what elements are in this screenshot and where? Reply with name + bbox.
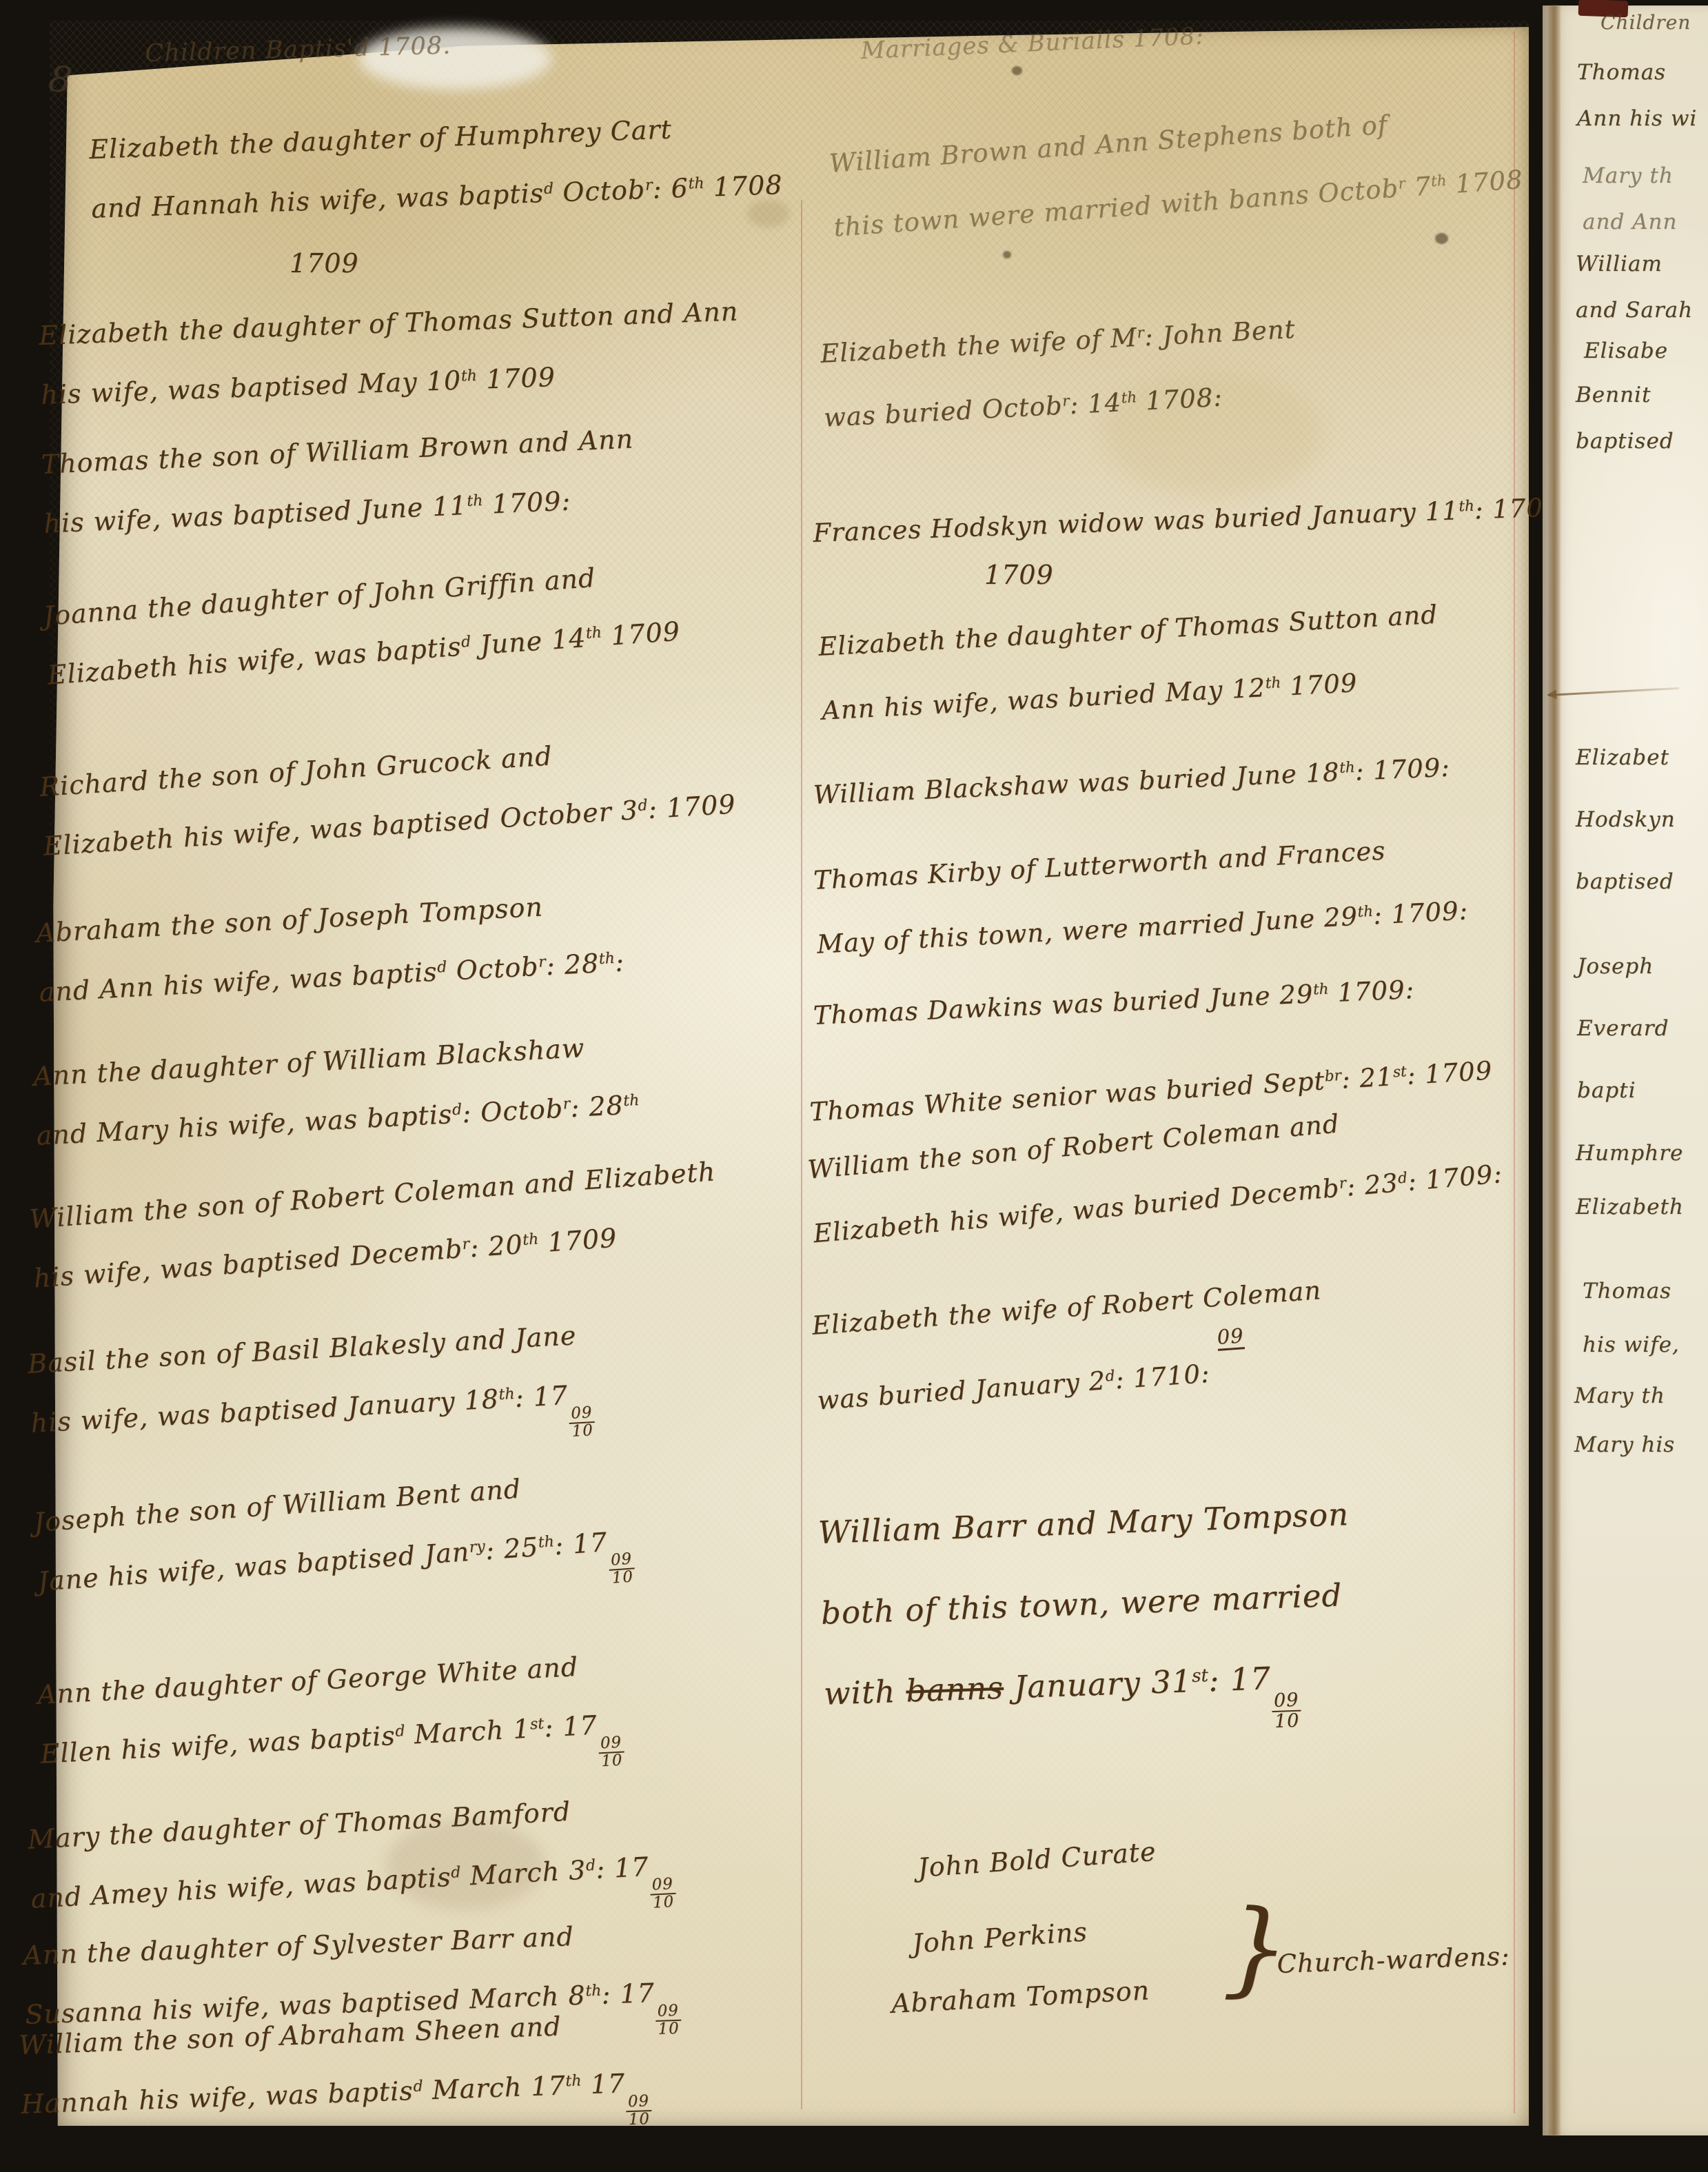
signature-brace: } bbox=[1221, 1887, 1292, 2009]
next-page-entry-fragment: ThomasAnn his wi bbox=[1577, 50, 1697, 141]
next-page-entry-fragment: JosephEverardbapti bbox=[1577, 936, 1669, 1122]
next-page-entry-fragment: ElizabetHodskynbaptised bbox=[1576, 727, 1676, 913]
next-page-entry-fragment: HumphreElizabeth bbox=[1576, 1127, 1684, 1234]
marriage-burial-entry: Elizabeth the wife of Mr: John Bentwas b… bbox=[819, 298, 1301, 450]
next-page-entry-fragment: Bennitbaptised bbox=[1576, 372, 1674, 464]
marriage-burial-entry: William Barr and Mary Tompsonboth of thi… bbox=[817, 1474, 1356, 1747]
page-crease bbox=[1548, 6, 1560, 2135]
year-heading-burials: 1709 bbox=[984, 560, 1054, 590]
year-heading-baptisms: 1709 bbox=[289, 248, 359, 278]
baptism-entry: Elizabeth the daughter of Humphrey Carta… bbox=[88, 97, 784, 238]
ink-speck bbox=[1435, 233, 1448, 244]
column-divider-ruled-line bbox=[801, 200, 802, 2109]
ink-speck bbox=[1003, 251, 1011, 258]
next-page-entry-fragment: Mary thMary his bbox=[1574, 1372, 1675, 1470]
next-page-entry-fragment: Elisabe bbox=[1584, 328, 1668, 374]
next-page-entry-fragment: Williamand Sarah bbox=[1576, 241, 1693, 333]
ink-speck bbox=[1012, 66, 1022, 75]
next-page-entry-fragment: Mary thand Ann bbox=[1583, 153, 1677, 245]
baptism-entry: William the son of Abraham Sheen andHann… bbox=[18, 1994, 652, 2150]
scanned-parish-register: 8 Children Baptis'd 1708. Marriages & Bu… bbox=[0, 0, 1708, 2172]
right-margin-ruled-line bbox=[1514, 32, 1515, 2113]
baptism-entry: Elizabeth the daughter of Thomas Sutton … bbox=[38, 283, 742, 425]
next-page-header: Children bbox=[1600, 11, 1691, 34]
next-page-entry-fragment: Thomashis wife, bbox=[1583, 1265, 1680, 1372]
